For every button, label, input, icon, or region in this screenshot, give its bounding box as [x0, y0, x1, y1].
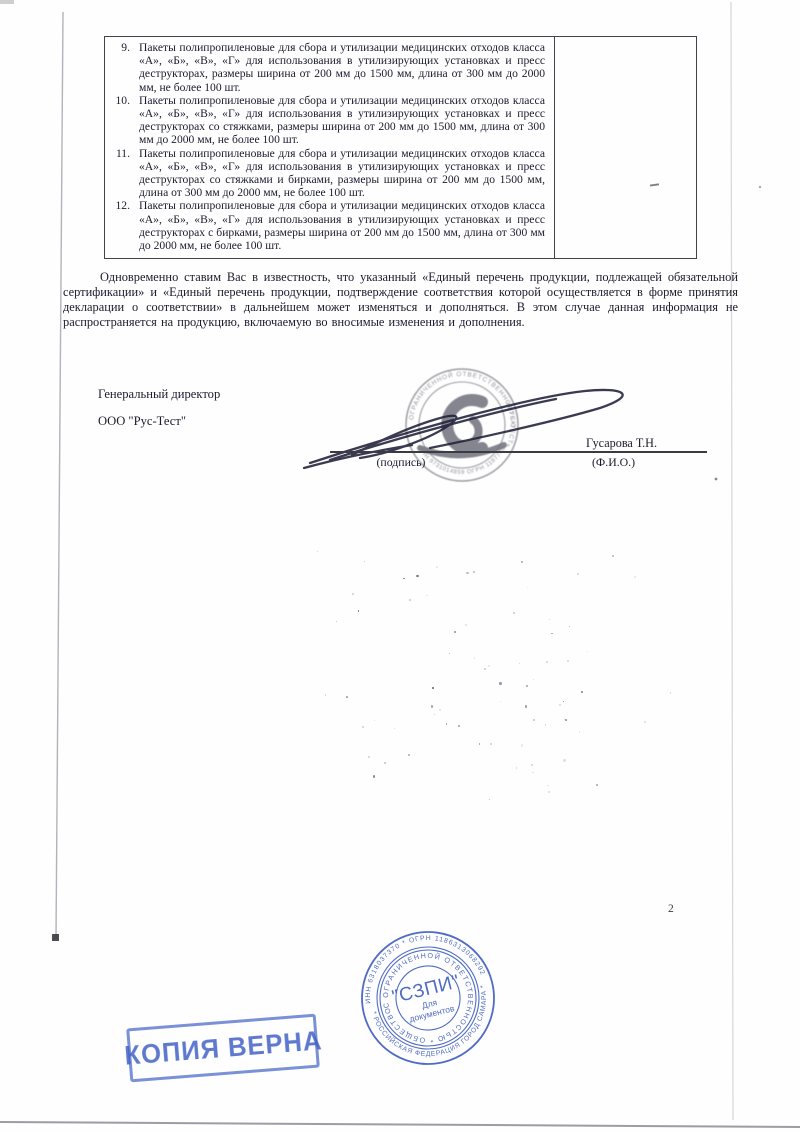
toner-speck	[434, 714, 435, 715]
table-item: 12.Пакеты полипропиленовые для сбора и у…	[105, 199, 545, 252]
item-number: 10.	[105, 94, 139, 147]
toner-speck	[488, 665, 491, 668]
ink-dot	[759, 186, 761, 188]
toner-speck	[546, 661, 548, 663]
toner-speck	[564, 718, 566, 720]
signature-caption: (подпись)	[356, 455, 446, 470]
toner-speck	[500, 701, 501, 702]
toner-speck	[490, 743, 492, 745]
toner-speck	[548, 791, 550, 793]
director-title: Генеральный директор	[98, 387, 220, 402]
stamp-center-line3: документов	[408, 1003, 455, 1024]
toner-speck	[563, 701, 564, 702]
signature-line	[330, 451, 707, 453]
item-text: Пакеты полипропиленовые для сбора и утил…	[139, 147, 545, 200]
toner-speck	[373, 775, 375, 777]
toner-speck	[533, 679, 534, 680]
toner-speck	[346, 696, 348, 698]
toner-speck	[545, 724, 547, 726]
toner-speck	[364, 561, 365, 562]
item-text: Пакеты полипропиленовые для сбора и утил…	[139, 199, 545, 252]
signee-name: Гусарова Т.Н.	[586, 436, 657, 451]
toner-speck	[426, 595, 427, 596]
toner-speck	[325, 694, 326, 695]
toner-speck	[567, 660, 570, 663]
seal-ring-side-text: «РУС-ТЕСТ»	[504, 401, 516, 449]
toner-speck	[577, 573, 579, 575]
toner-speck	[587, 651, 588, 652]
item-number: 12.	[105, 199, 139, 252]
toner-speck	[432, 687, 433, 688]
item-number: 9.	[105, 41, 139, 94]
toner-speck	[549, 619, 550, 620]
toner-speck	[559, 704, 561, 706]
toner-speck	[394, 728, 395, 729]
stamp-outer-bottom-text: * РОССИЙСКАЯ ФЕДЕРАЦИЯ ГОРОД САМАРА *	[370, 983, 501, 1070]
toner-speck	[569, 626, 570, 627]
company-name: ООО "Рус-Тест"	[98, 414, 186, 429]
toner-speck	[317, 551, 318, 552]
ink-dot	[715, 478, 718, 481]
toner-speck	[454, 631, 456, 633]
toner-speck	[563, 759, 565, 761]
left-scan-line	[56, 12, 63, 938]
toner-speck	[499, 682, 502, 685]
toner-speck	[532, 772, 533, 773]
toner-speck	[521, 744, 523, 746]
toner-speck	[474, 657, 475, 658]
table-item: 10.Пакеты полипропиленовые для сбора и у…	[105, 94, 545, 147]
toner-speck	[526, 685, 528, 687]
stamp-outer-top-text: ИНН 6318037370 * ОГРН 1186313068292	[353, 923, 487, 1005]
toner-speck	[525, 705, 527, 707]
toner-speck	[565, 719, 567, 721]
toner-speck	[374, 720, 375, 721]
toner-speck	[670, 692, 672, 694]
toner-speck	[403, 578, 404, 579]
toner-speck	[579, 731, 580, 732]
toner-speck	[465, 624, 467, 626]
stamp-center-line2: Для	[421, 997, 439, 1011]
toner-speck	[384, 762, 386, 764]
toner-speck	[489, 799, 491, 801]
toner-speck	[449, 653, 450, 654]
toner-speck	[612, 555, 614, 557]
toner-speck	[527, 587, 528, 588]
items-table: 9.Пакеты полипропиленовые для сбора и ут…	[104, 36, 697, 259]
toner-speck	[581, 691, 583, 693]
toner-speck	[551, 633, 553, 635]
toner-speck	[547, 785, 548, 786]
item-text: Пакеты полипропиленовые для сбора и утил…	[139, 94, 545, 147]
stamp-inner-ring-text: С ОГРАНИЧЕННОЙ ОТВЕТСТВЕННОСТЬЮ * ОБЩЕСТ…	[353, 923, 485, 1062]
empty-cell	[555, 37, 696, 258]
toner-speck	[479, 743, 480, 744]
document-page: { "page": { "number": "2" }, "table": { …	[0, 0, 800, 1132]
toner-speck	[439, 709, 441, 711]
toner-speck	[519, 663, 520, 664]
toner-speck	[484, 668, 486, 670]
toner-speck	[634, 576, 636, 578]
items-cell: 9.Пакеты полипропиленовые для сбора и ут…	[105, 37, 555, 258]
toner-speck	[466, 572, 469, 575]
company-seal: С ОГРАНИЧЕННОЙ ОТВЕТСТВЕННОСТЬЮ «РУС-ТЕС…	[370, 358, 560, 498]
bottom-paper-edge	[0, 1122, 800, 1127]
toner-speck	[458, 725, 460, 727]
notice-paragraph: Одновременно ставим Вас в известность, ч…	[63, 270, 738, 330]
item-text: Пакеты полипропиленовые для сбора и утил…	[139, 41, 545, 94]
toner-speck	[431, 705, 433, 707]
toner-speck	[409, 599, 411, 601]
round-stamp: ИНН 6318037370 * ОГРН 1186313068292 * РО…	[353, 923, 503, 1073]
right-paper-edge	[731, 2, 733, 1120]
copy-stamp: КОПИЯ ВЕРНА	[126, 1014, 320, 1083]
toner-speck	[446, 723, 448, 725]
page-number: 2	[668, 903, 674, 915]
toner-speck	[644, 721, 646, 723]
table-item: 9.Пакеты полипропиленовые для сбора и ут…	[105, 41, 545, 94]
copy-stamp-text: КОПИЯ ВЕРНА	[123, 1025, 323, 1071]
toner-speck	[533, 719, 534, 720]
item-number: 11.	[105, 147, 139, 200]
seal-ring-top-text: С ОГРАНИЧЕННОЙ ОТВЕТСТВЕННОСТЬЮ	[370, 358, 516, 428]
toner-speck	[596, 784, 598, 786]
toner-speck	[358, 610, 359, 611]
toner-speck	[416, 575, 419, 578]
signature-scribble	[290, 375, 710, 475]
toner-speck	[368, 756, 370, 758]
toner-speck	[521, 561, 523, 563]
toner-speck	[352, 593, 355, 596]
scan-line-end-mark	[52, 934, 59, 941]
table-item: 11.Пакеты полипропиленовые для сбора и у…	[105, 147, 545, 200]
stamp-center-text: "СЗПИ"	[390, 971, 462, 1008]
seal-logo	[420, 400, 504, 455]
name-caption: (Ф.И.О.)	[592, 455, 635, 470]
toner-speck	[473, 571, 475, 573]
toner-speck	[336, 621, 337, 622]
corner-smudge	[0, 0, 14, 4]
toner-speck	[516, 767, 517, 768]
toner-speck	[408, 754, 409, 755]
toner-speck	[531, 764, 533, 766]
toner-speck	[362, 726, 364, 728]
toner-speck	[513, 612, 515, 614]
toner-speck	[436, 566, 438, 568]
